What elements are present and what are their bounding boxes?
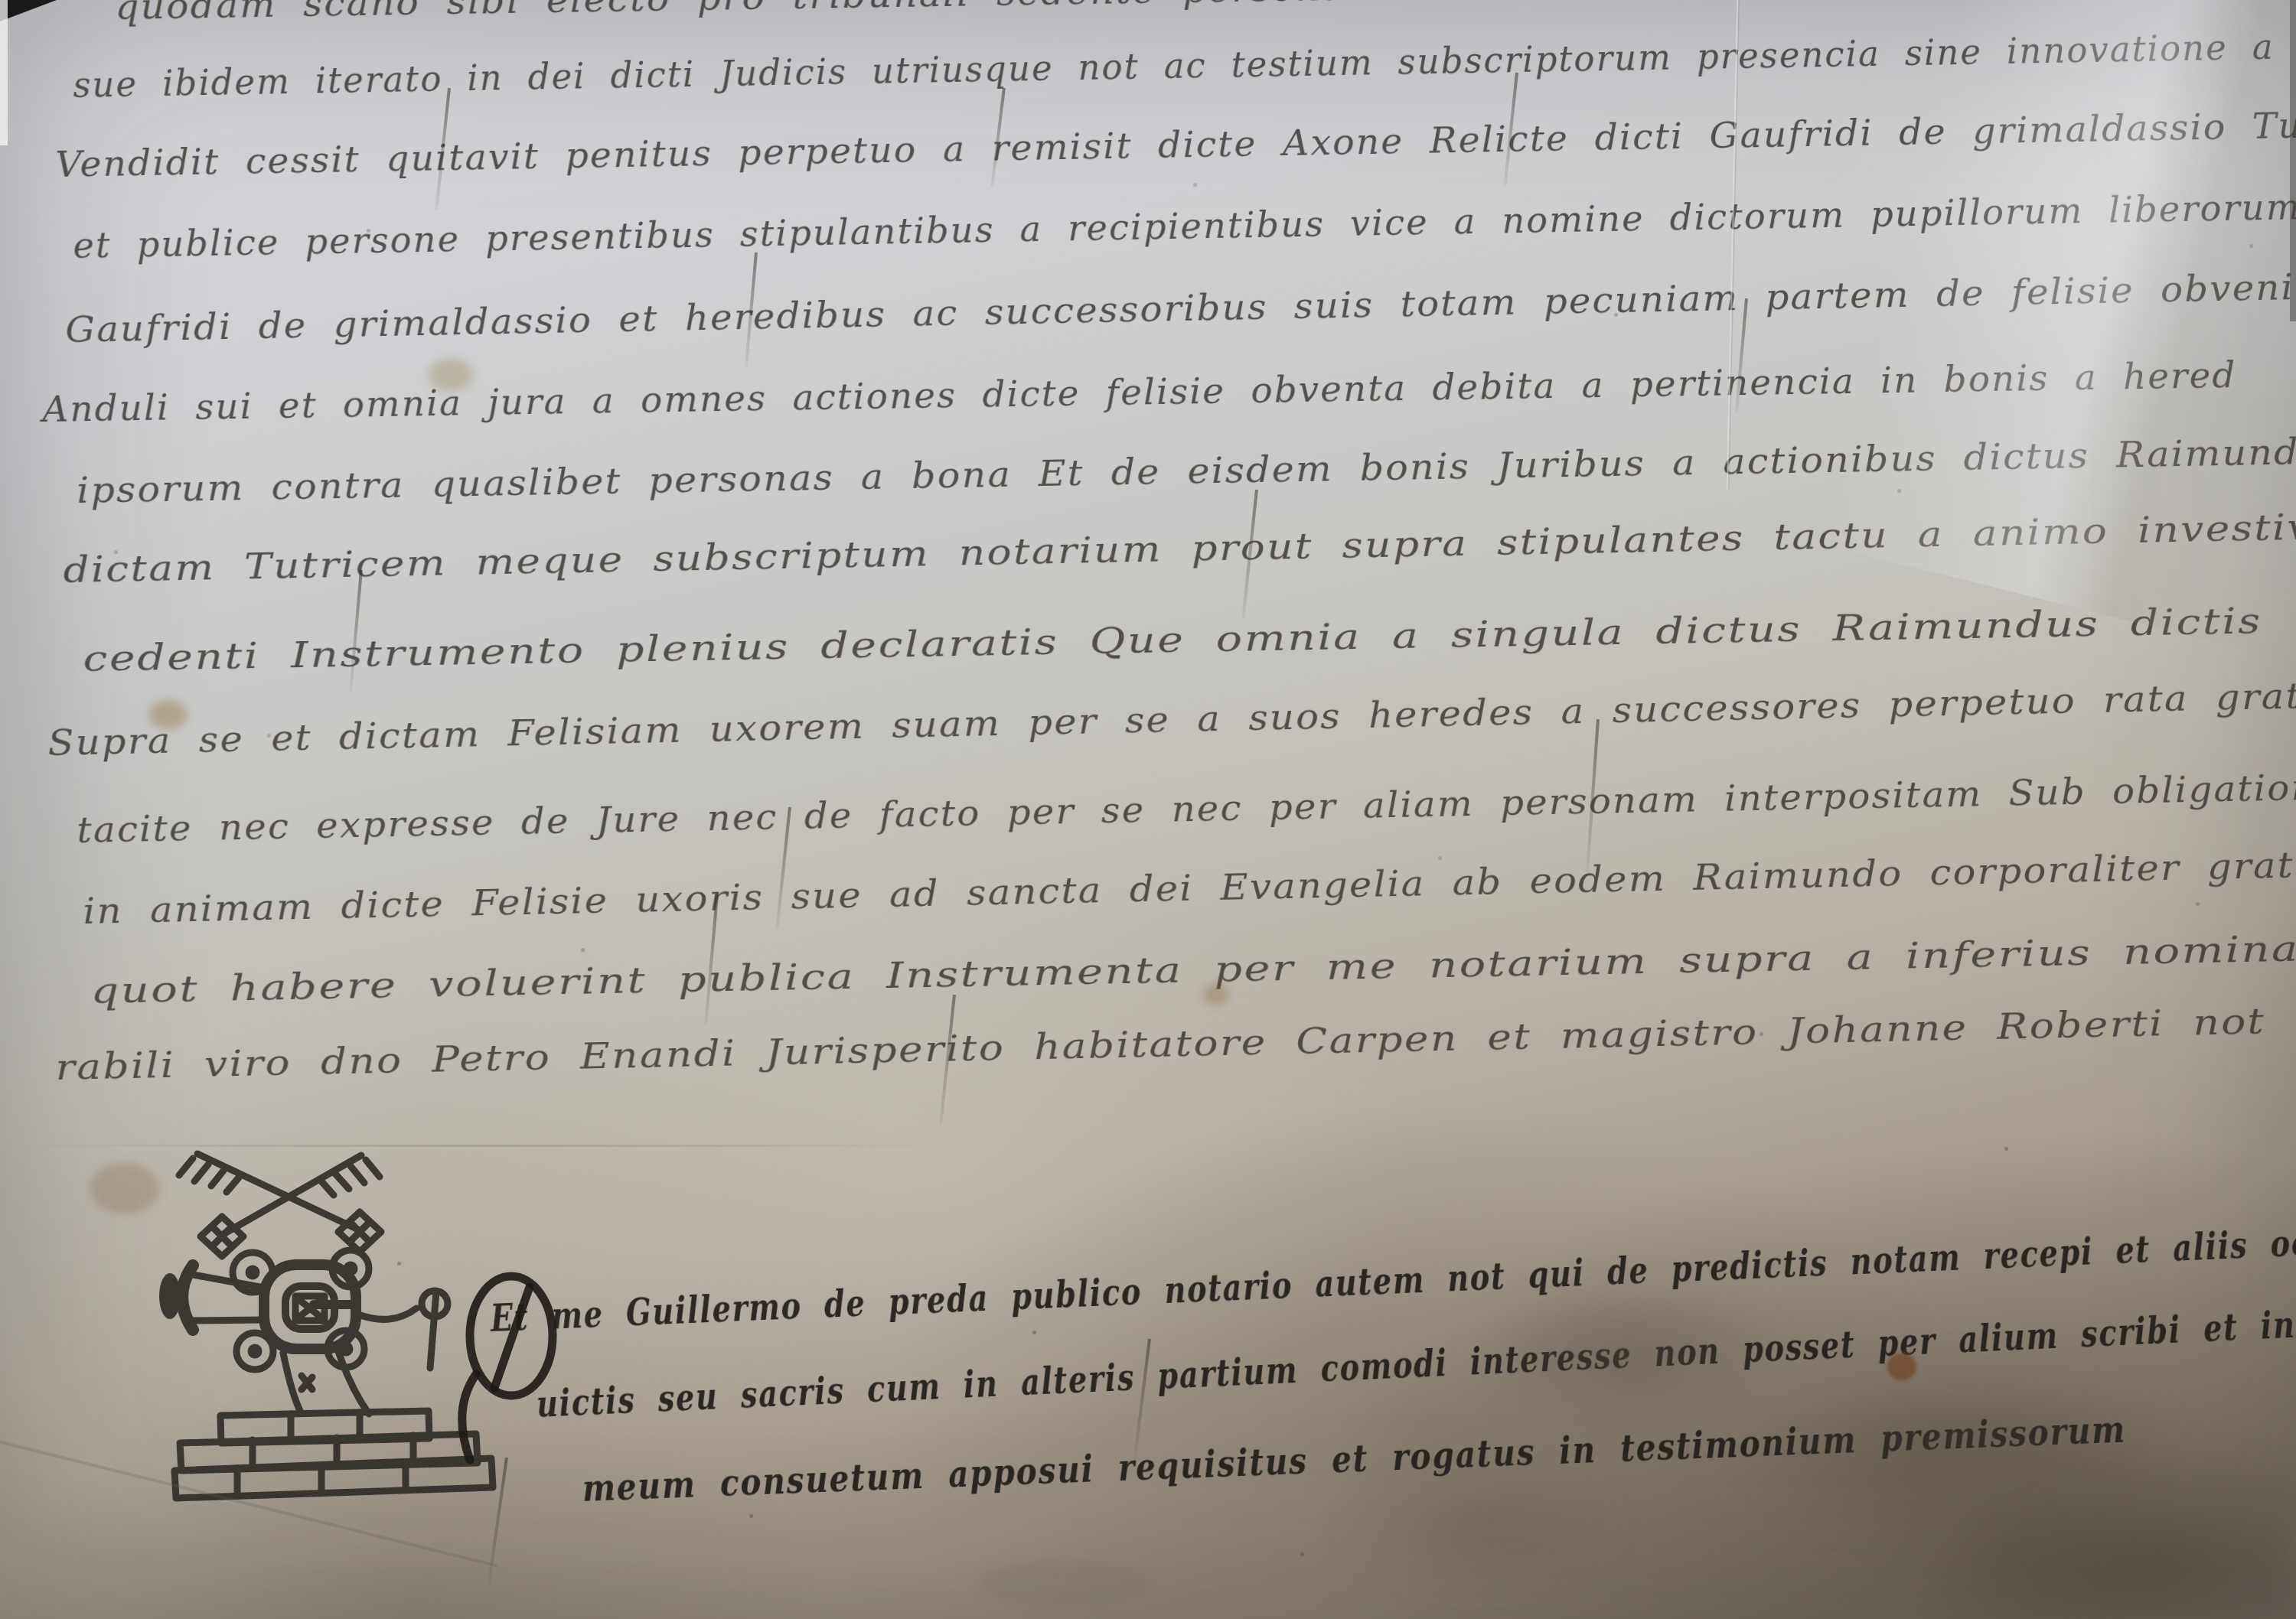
stain: [1203, 984, 1229, 1005]
stain: [90, 1163, 159, 1213]
manuscript-line: Supra se et dictam Felisiam uxorem suam …: [47, 678, 2296, 761]
crease-line: [1824, 0, 2296, 660]
manuscript-line: tacite nec expresse de Jure nec de facto…: [77, 769, 2296, 848]
stain: [980, 1561, 1148, 1607]
stain: [429, 358, 473, 392]
stain: [149, 700, 188, 729]
parchment-mottling: [1339, 1239, 2296, 1619]
manuscript-line: rabili viro dno Petro Enandi Jurisperito…: [55, 1004, 2266, 1085]
signature-initial-flourish: [450, 1259, 580, 1481]
crease-line: [0, 1145, 957, 1147]
photo-corner-shadow: [0, 0, 57, 21]
parchment-speckles: [0, 0, 2, 2]
manuscript-photo: quodam scano sibi electo pro tribunali s…: [0, 0, 2296, 1619]
manuscript-line: quot habere voluerint publica Instrument…: [90, 929, 2296, 1008]
photo-edge-highlight: [0, 0, 8, 145]
photo-edge-shadow: [2290, 0, 2296, 321]
manuscript-line: cedenti Instrumento plenius declaratis Q…: [83, 601, 2296, 676]
manuscript-line: in animam dicte Felisie uxoris sue ad sa…: [83, 847, 2296, 929]
